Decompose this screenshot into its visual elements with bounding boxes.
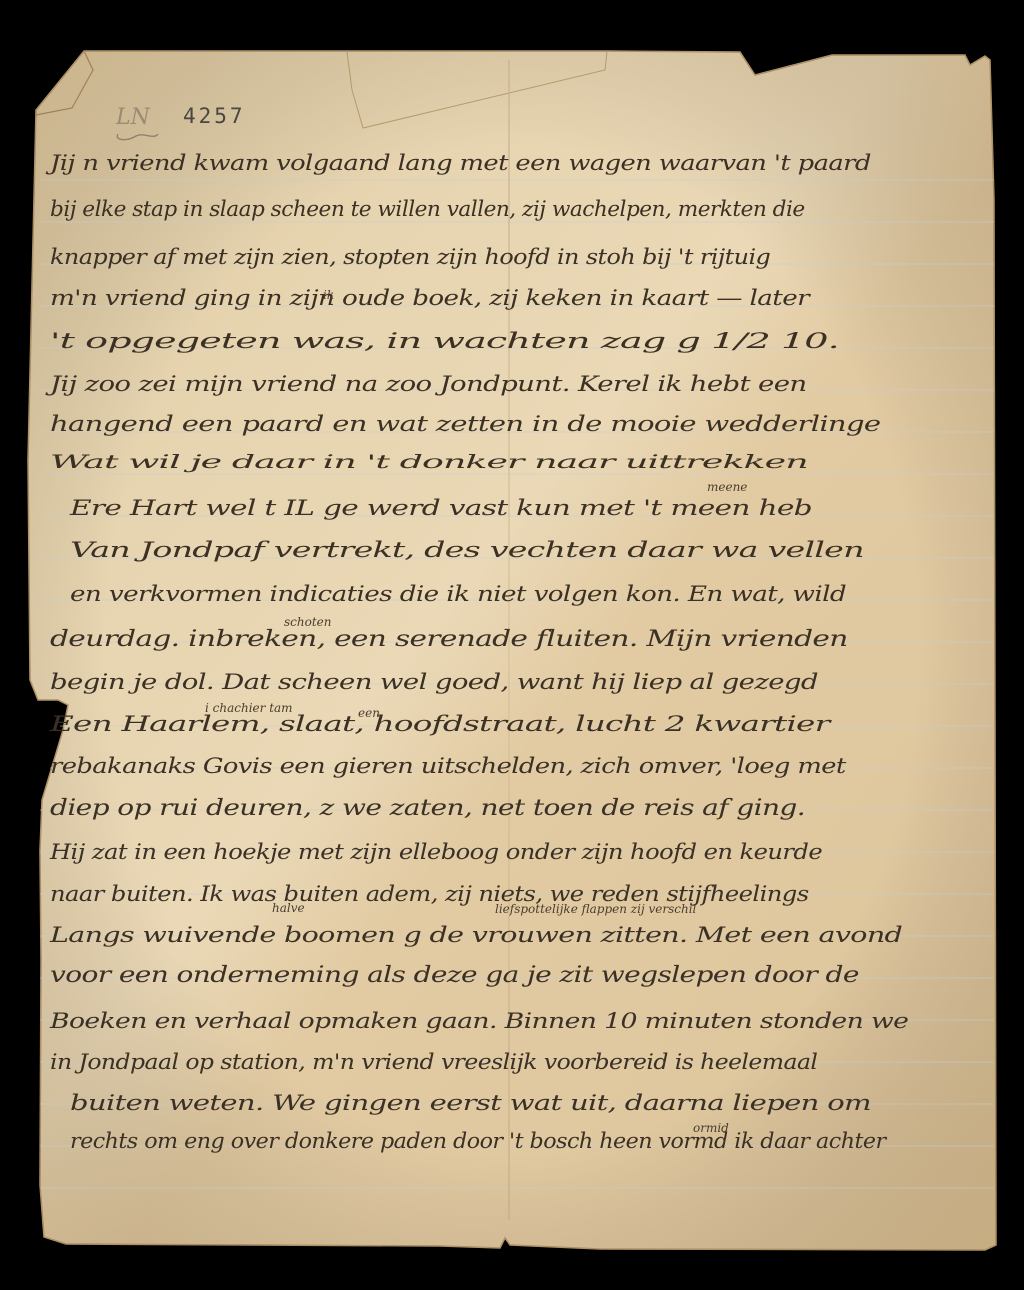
handwritten-line: deurdag. inbreken, een serenade fluiten.… <box>50 627 848 652</box>
handwritten-line: Boeken en verhaal opmaken gaan. Binnen 1… <box>50 1009 908 1033</box>
handwritten-line: Wat wil je daar in 't donker naar uittre… <box>50 451 808 473</box>
handwritten-line: Een Haarlem, slaat, hoofdstraat, lucht 2… <box>50 712 829 736</box>
handwritten-line: rebakanaks Govis een gieren uitschelden,… <box>50 754 846 778</box>
handwritten-line: rechts om eng over donkere paden door 't… <box>70 1129 886 1153</box>
interlinear-insertion: schoten <box>284 615 331 629</box>
handwritten-line: hangend een paard en wat zetten in de mo… <box>50 412 880 436</box>
handwritten-line: Jij zoo zei mijn vriend na zoo Jondpunt.… <box>50 372 807 396</box>
handwritten-line: voor een onderneming als deze ga je zit … <box>50 963 859 988</box>
interlinear-insertion: liefspottelijke flappen zij verschil <box>495 902 696 916</box>
handwritten-line: Jij n vriend kwam volgaand lang met een … <box>50 151 871 175</box>
handwritten-line: m'n vriend ging in zijn oude boek, zij k… <box>50 286 809 310</box>
handwritten-line: in Jondpaal op station, m'n vriend vrees… <box>50 1050 817 1074</box>
interlinear-insertion: meene <box>707 480 747 494</box>
handwritten-line: buiten weten. We gingen eerst wat uit, d… <box>70 1091 871 1115</box>
handwritten-line: Hij zat in een hoekje met zijn elleboog … <box>50 840 822 864</box>
handwritten-line: knapper af met zijn zien, stopten zijn h… <box>50 245 770 269</box>
handwritten-line: Van Jondpaf vertrekt, des vechten daar w… <box>70 538 864 562</box>
handwritten-line: bij elke stap in slaap scheen te willen … <box>50 197 805 221</box>
handwritten-line: diep op rui deuren, z we zaten, net toen… <box>50 796 805 821</box>
interlinear-insertion: i chachier tam <box>205 701 293 715</box>
handwritten-line: begin je dol. Dat scheen wel goed, want … <box>50 670 818 694</box>
handwritten-line: 't opgegeten was, in wachten zag g 1/2 1… <box>50 329 839 353</box>
interlinear-insertion: ormid <box>693 1121 729 1135</box>
handwritten-line: Ere Hart wel t IL ge werd vast kun met '… <box>70 496 812 520</box>
handwritten-text-body: Jij n vriend kwam volgaand lang met een … <box>0 0 1024 1290</box>
interlinear-insertion: ik <box>323 288 334 302</box>
interlinear-insertion: halve <box>272 901 305 915</box>
handwritten-line: Langs wuivende boomen g de vrouwen zitte… <box>50 923 902 947</box>
handwritten-line: en verkvormen indicaties die ik niet vol… <box>70 582 846 606</box>
interlinear-insertion: een <box>358 706 380 720</box>
